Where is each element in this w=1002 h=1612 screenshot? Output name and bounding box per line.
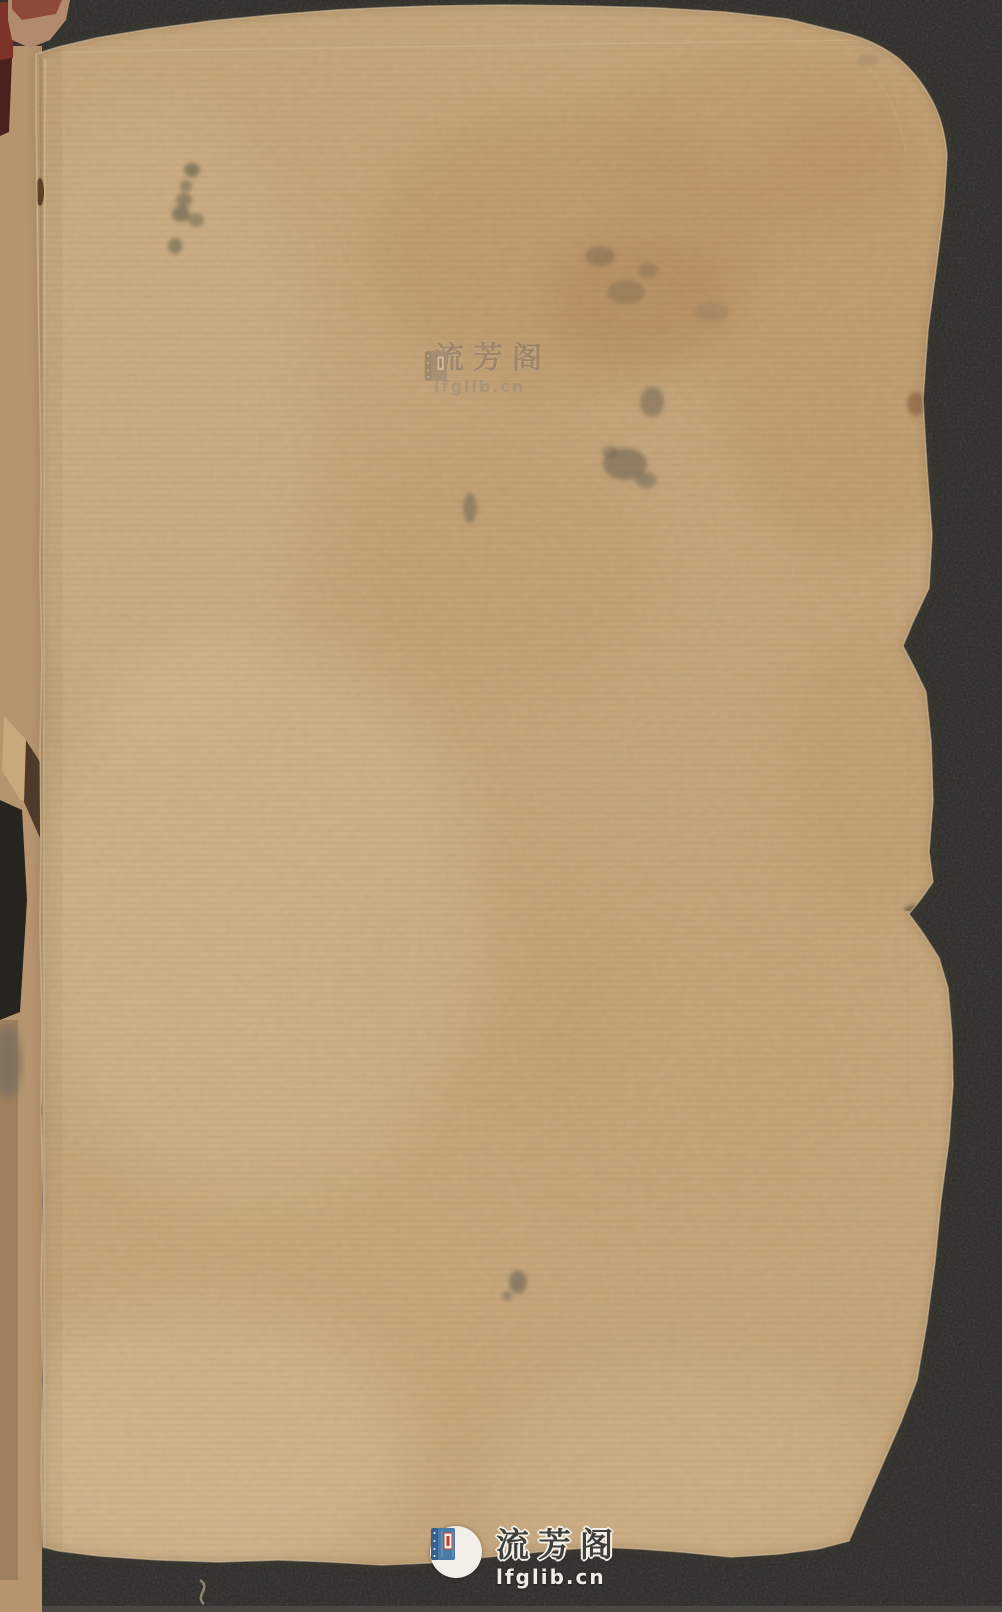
page-scan-art — [0, 0, 1002, 1612]
paper-sheet — [0, 0, 1002, 1612]
scanned-book-page: 流芳阁 lfglib.cn 流芳阁 lfglib.cn — [0, 0, 1002, 1612]
scan-bottom-strip — [0, 1606, 1002, 1612]
